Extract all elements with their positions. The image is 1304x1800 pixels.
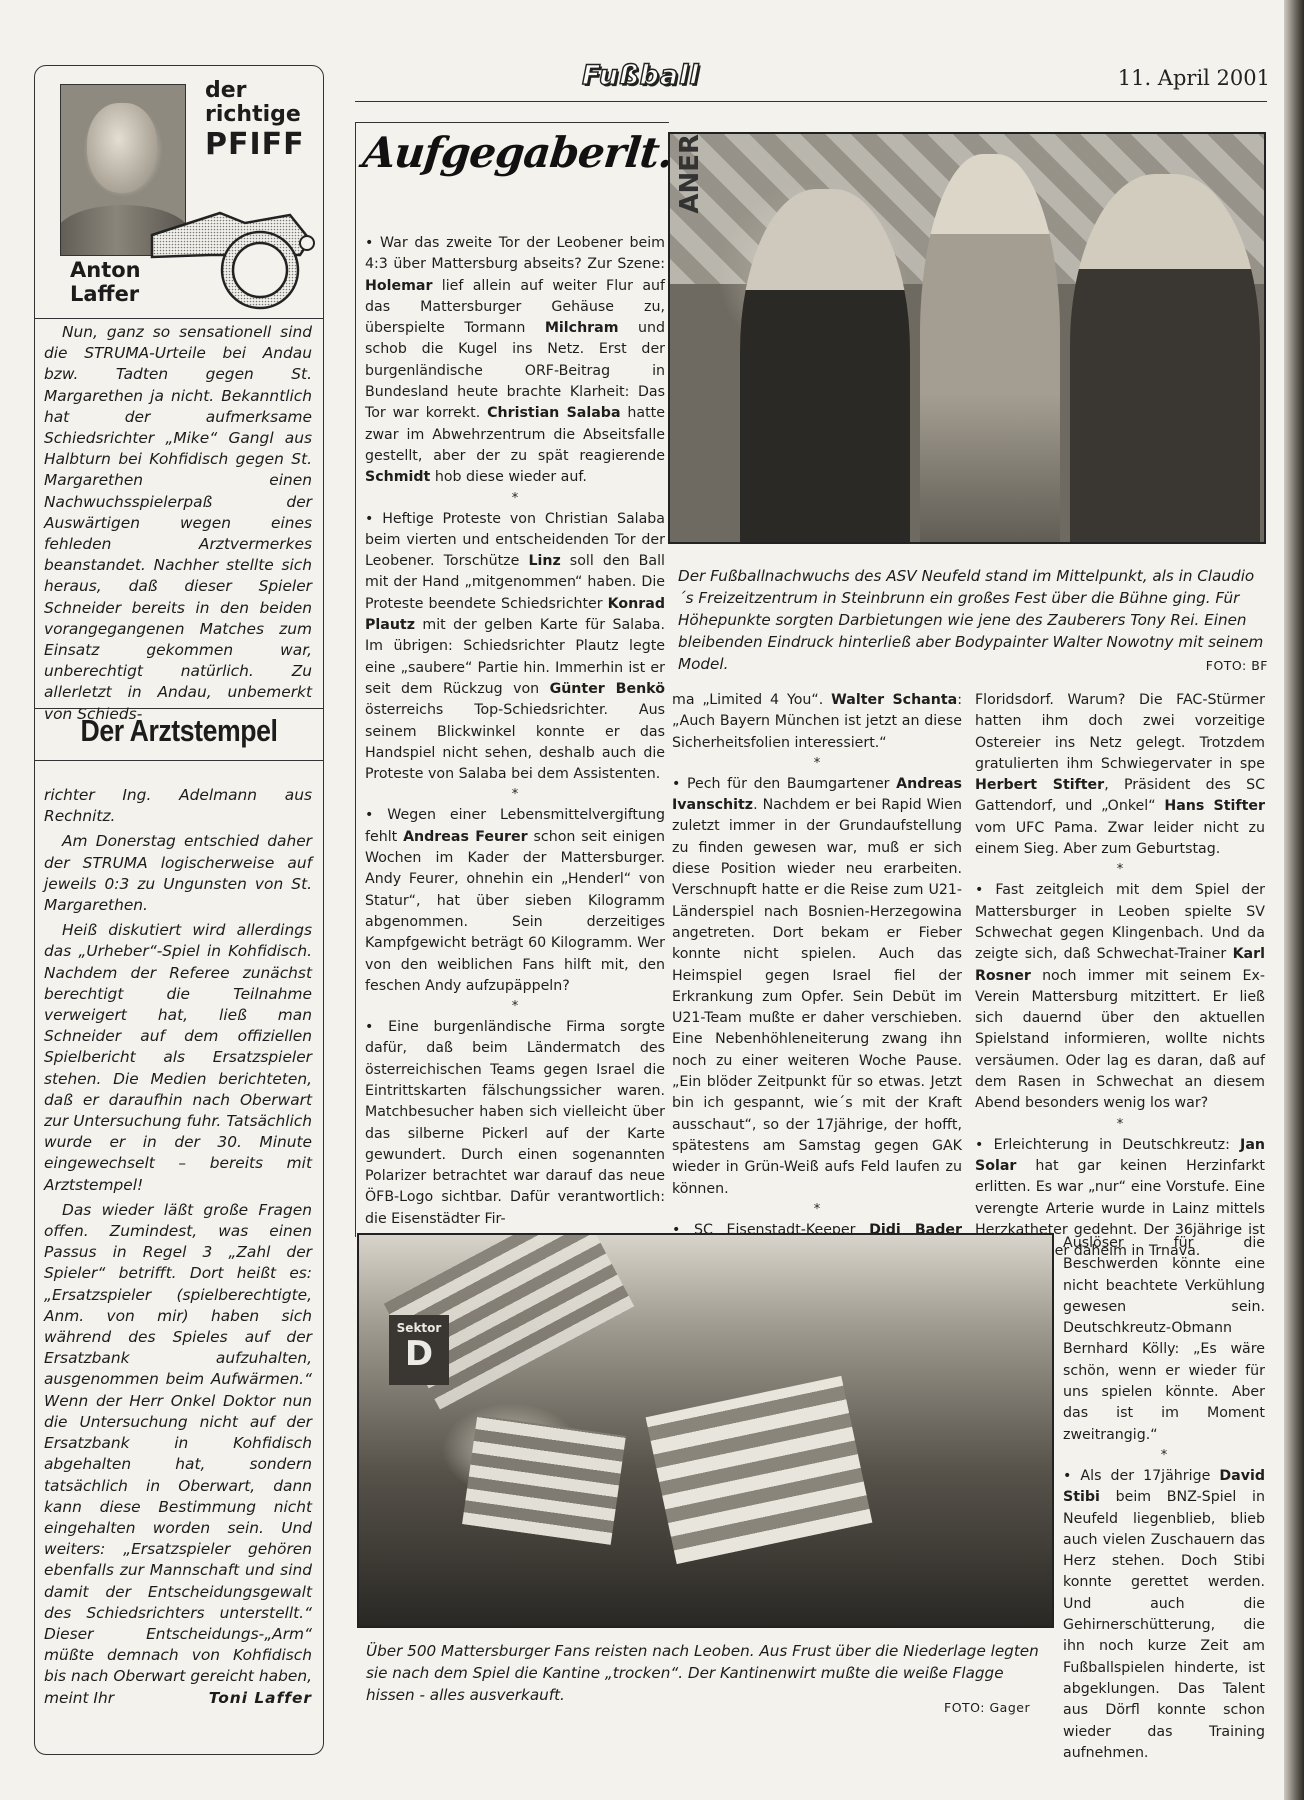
- item-separator-star: *: [365, 785, 665, 805]
- page-edge-shadow: [1284, 0, 1304, 1800]
- column-text-part2: richter Ing. Adelmann aus Rechnitz. Am D…: [44, 785, 312, 1713]
- photo-person-model: [920, 154, 1060, 544]
- photo-banner-text: ANER: [675, 134, 715, 214]
- photo-sector-sign: Sektor D: [389, 1315, 449, 1385]
- column-title: PFIFF: [205, 130, 305, 160]
- column-subheadline: Der Arztstempel: [55, 713, 303, 749]
- article-column-3: Floridsdorf. Warum? Die FAC-Stürmer hatt…: [975, 690, 1265, 1262]
- photo-credit-top: FOTO: BF: [1206, 655, 1268, 677]
- photo-flag: [462, 1415, 626, 1545]
- article-column-3-continued: Auslöser für die Beschwerden könnte eine…: [1063, 1233, 1265, 1764]
- subheadline-rule-top: [35, 708, 323, 709]
- photo-credit-bottom: FOTO: Gager: [944, 1700, 1030, 1715]
- photo-person-right: [1070, 174, 1260, 544]
- item-separator-star: *: [365, 997, 665, 1017]
- article-frame-top: [355, 122, 669, 123]
- photo-fans-leoben: Sektor D: [357, 1233, 1054, 1628]
- page-date: 11. April 2001: [1080, 66, 1270, 90]
- column-kicker-2: richtige: [205, 104, 301, 126]
- photo-person-left: [740, 189, 910, 544]
- author-last-name: Laffer: [70, 284, 139, 305]
- column-paragraph: Am Donerstag entschied daher der STRUMA …: [44, 831, 312, 916]
- column-text-part1: Nun, ganz so sensationell sind die STRUM…: [44, 322, 312, 729]
- news-item: • Als der 17jährige David Stibi beim BNZ…: [1063, 1466, 1265, 1764]
- column-kicker-1: der: [205, 80, 247, 102]
- photo-caption-bottom: Über 500 Mattersburger Fans reisten nach…: [366, 1640, 1046, 1706]
- header-rule: [355, 101, 1267, 102]
- item-separator-star: *: [1063, 1446, 1265, 1466]
- article-frame-left: [355, 122, 356, 1237]
- portrait-head: [87, 103, 157, 193]
- article-column-2: ma „Limited 4 You“. Walter Schanta: „Auc…: [672, 690, 962, 1262]
- news-item: Floridsdorf. Warum? Die FAC-Stürmer hatt…: [975, 690, 1265, 860]
- whistle-icon: [150, 195, 315, 310]
- section-title: Fußball: [582, 60, 732, 98]
- column-signature: Toni Laffer: [191, 1688, 312, 1709]
- news-item: • Heftige Proteste von Christian Salaba …: [365, 509, 665, 786]
- subheadline-rule-bottom: [35, 760, 323, 761]
- news-item: • Eine burgenländische Firma sorgte dafü…: [365, 1017, 665, 1230]
- photo-flag: [646, 1376, 873, 1564]
- article-column-1: • War das zweite Tor der Leobener beim 4…: [365, 233, 665, 1230]
- column-paragraph: richter Ing. Adelmann aus Rechnitz.: [44, 785, 312, 827]
- column-divider: [35, 318, 323, 319]
- item-separator-star: *: [672, 754, 962, 774]
- news-item: • Pech für den Baumgartener Andreas Ivan…: [672, 774, 962, 1200]
- news-item: • War das zweite Tor der Leobener beim 4…: [365, 233, 665, 489]
- article-title: Aufgegaberlt...: [358, 128, 675, 198]
- item-separator-star: *: [975, 1115, 1265, 1135]
- photo-bodypainting-event: ANER: [668, 132, 1266, 544]
- item-separator-star: *: [975, 860, 1265, 880]
- news-item: Auslöser für die Beschwerden könnte eine…: [1063, 1233, 1265, 1446]
- photo-caption-top: Der Fußballnachwuchs des ASV Neufeld sta…: [678, 565, 1268, 677]
- column-paragraph: Nun, ganz so sensationell sind die STRUM…: [44, 322, 312, 725]
- item-separator-star: *: [365, 489, 665, 509]
- news-item: • Wegen einer Lebensmittelvergiftung feh…: [365, 805, 665, 997]
- column-paragraph: Das wieder läßt große Fragen offen. Zumi…: [44, 1200, 312, 1709]
- item-separator-star: *: [672, 1200, 962, 1220]
- author-first-name: Anton: [70, 260, 141, 281]
- news-item: • Fast zeitgleich mit dem Spiel der Matt…: [975, 880, 1265, 1114]
- news-item: ma „Limited 4 You“. Walter Schanta: „Auc…: [672, 690, 962, 754]
- column-paragraph: Heiß diskutiert wird allerdings das „Urh…: [44, 920, 312, 1196]
